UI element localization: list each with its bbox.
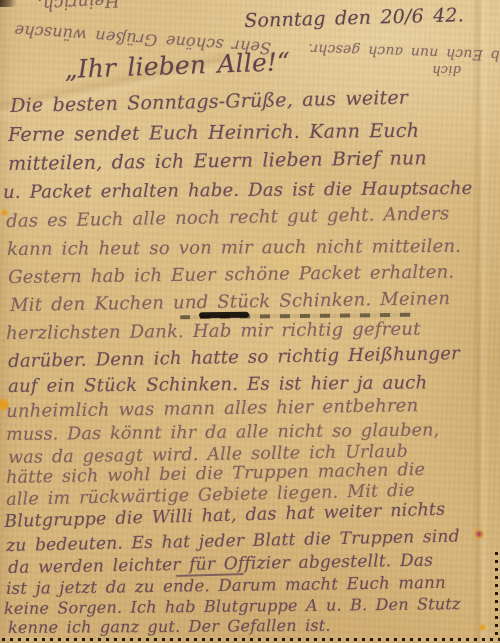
handwritten-line: herzlichsten Dank. Hab mir richtig gefre… [6,319,421,344]
perforation-right-edge [495,552,498,637]
handwritten-line: das es Euch alle noch recht gut geht. An… [6,203,450,232]
letter-page: Heinrich. Sehr schöne Grüßen wünsche Hab… [0,0,500,643]
handwritten-line: keine Sorgen. Ich hab Blutgruppe A u. B.… [4,594,461,618]
handwritten-line: Ferne sendet Euch Heinrich. Kann Euch [8,120,419,146]
handwritten-line: mitteilen, das ich Euern lieben Brief nu… [8,147,427,175]
handwritten-line: Gestern hab ich Euer schöne Packet erhal… [8,262,454,288]
corner-mark-top-left [0,0,16,7]
handwritten-line: unheimlich was mann alles hier entbehren [6,395,419,422]
crease-right [472,0,490,643]
handwritten-line: darüber. Denn ich hatte so richtig Heißh… [8,343,460,372]
perforation-bottom-edge [2,638,500,641]
upside-down-note-line-1: Heinrich. [37,0,120,14]
salutation: „Ihr lieben Alle!“ [64,47,291,84]
handwritten-line: kann ich heut so von mir auch nicht mitt… [7,236,461,260]
upside-down-note-right: Hab Euch nun auch geschr. [308,40,500,63]
censor-blob-mark [199,312,249,319]
handwritten-line: u. Packet erhalten habe. Das ist die Hau… [3,178,473,203]
date-line: Sonntag den 20/6 42. [244,4,464,32]
upside-down-note-right-small: dich [432,62,461,77]
handwritten-line: kenne ich ganz gut. Der Gefallen ist. [8,616,331,637]
stain-right-magenta [474,528,484,540]
handwritten-line: Die besten Sonntags-Grüße, aus weiter [10,87,408,117]
handwritten-line: auf ein Stück Schinken. Es ist hier ja a… [8,372,427,397]
stain-bottom-right [479,624,486,631]
